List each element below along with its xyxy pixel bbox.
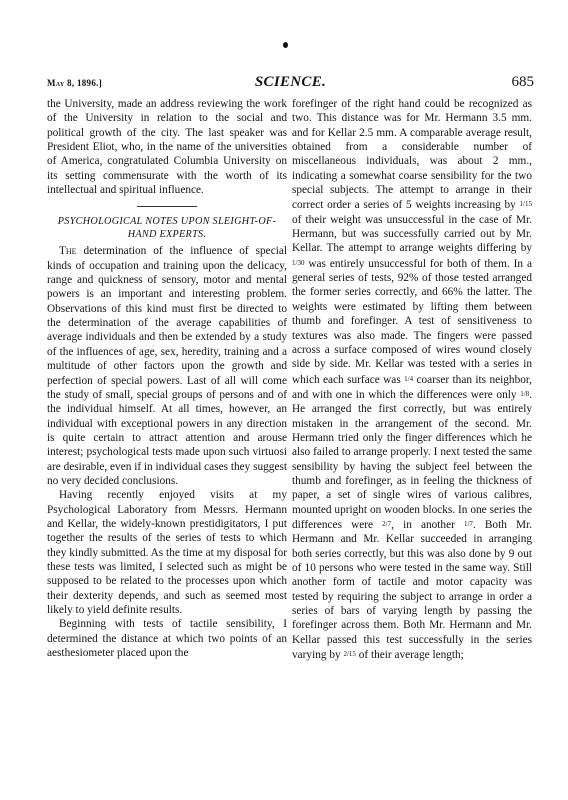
right-paragraph: forefinger of the right hand could be re…: [292, 97, 532, 662]
intro-paragraph: the University, made an address reviewin…: [47, 97, 287, 197]
page-mark: [283, 42, 288, 48]
left-column: the University, made an address reviewin…: [47, 97, 287, 660]
fraction: 2/15: [343, 650, 355, 658]
right-column: forefinger of the right hand could be re…: [292, 97, 532, 662]
running-header: May 8, 1896.] SCIENCE. 685: [47, 74, 534, 92]
text-run: , in another: [391, 519, 464, 531]
journal-title: SCIENCE.: [47, 74, 534, 91]
text-run: was entirely unsuccessful for both of th…: [292, 258, 532, 386]
fraction: 1/30: [292, 259, 304, 267]
text-run: . He arranged the first correctly, but w…: [292, 389, 532, 531]
text-run: of their average length;: [356, 649, 464, 661]
fraction: 1/4: [404, 375, 413, 383]
text-run: forefinger of the right hand could be re…: [292, 98, 532, 211]
fraction: 1/15: [520, 200, 532, 208]
fraction: 1/7: [464, 520, 473, 528]
drop-lead: The: [59, 245, 77, 257]
paragraph-1: The determination of the influence of sp…: [47, 244, 287, 488]
paragraph-2: Having recently enjoyed visits at my Psy…: [47, 488, 287, 617]
paragraph-1-text: determination of the influence of specia…: [47, 245, 287, 487]
section-title: PSYCHOLOGICAL NOTES UPON SLEIGHT-OF-HAND…: [47, 215, 287, 241]
paragraph-3: Beginning with tests of tactile sensibil…: [47, 617, 287, 660]
fraction: 2/7: [382, 520, 391, 528]
fraction: 1/8: [520, 390, 529, 398]
section-divider: [137, 206, 197, 207]
text-run: . Both Mr. Hermann and Mr. Kellar succee…: [292, 519, 532, 661]
text-run: of their weight was unsuccessful in the …: [292, 214, 532, 255]
page-number: 685: [512, 74, 535, 91]
